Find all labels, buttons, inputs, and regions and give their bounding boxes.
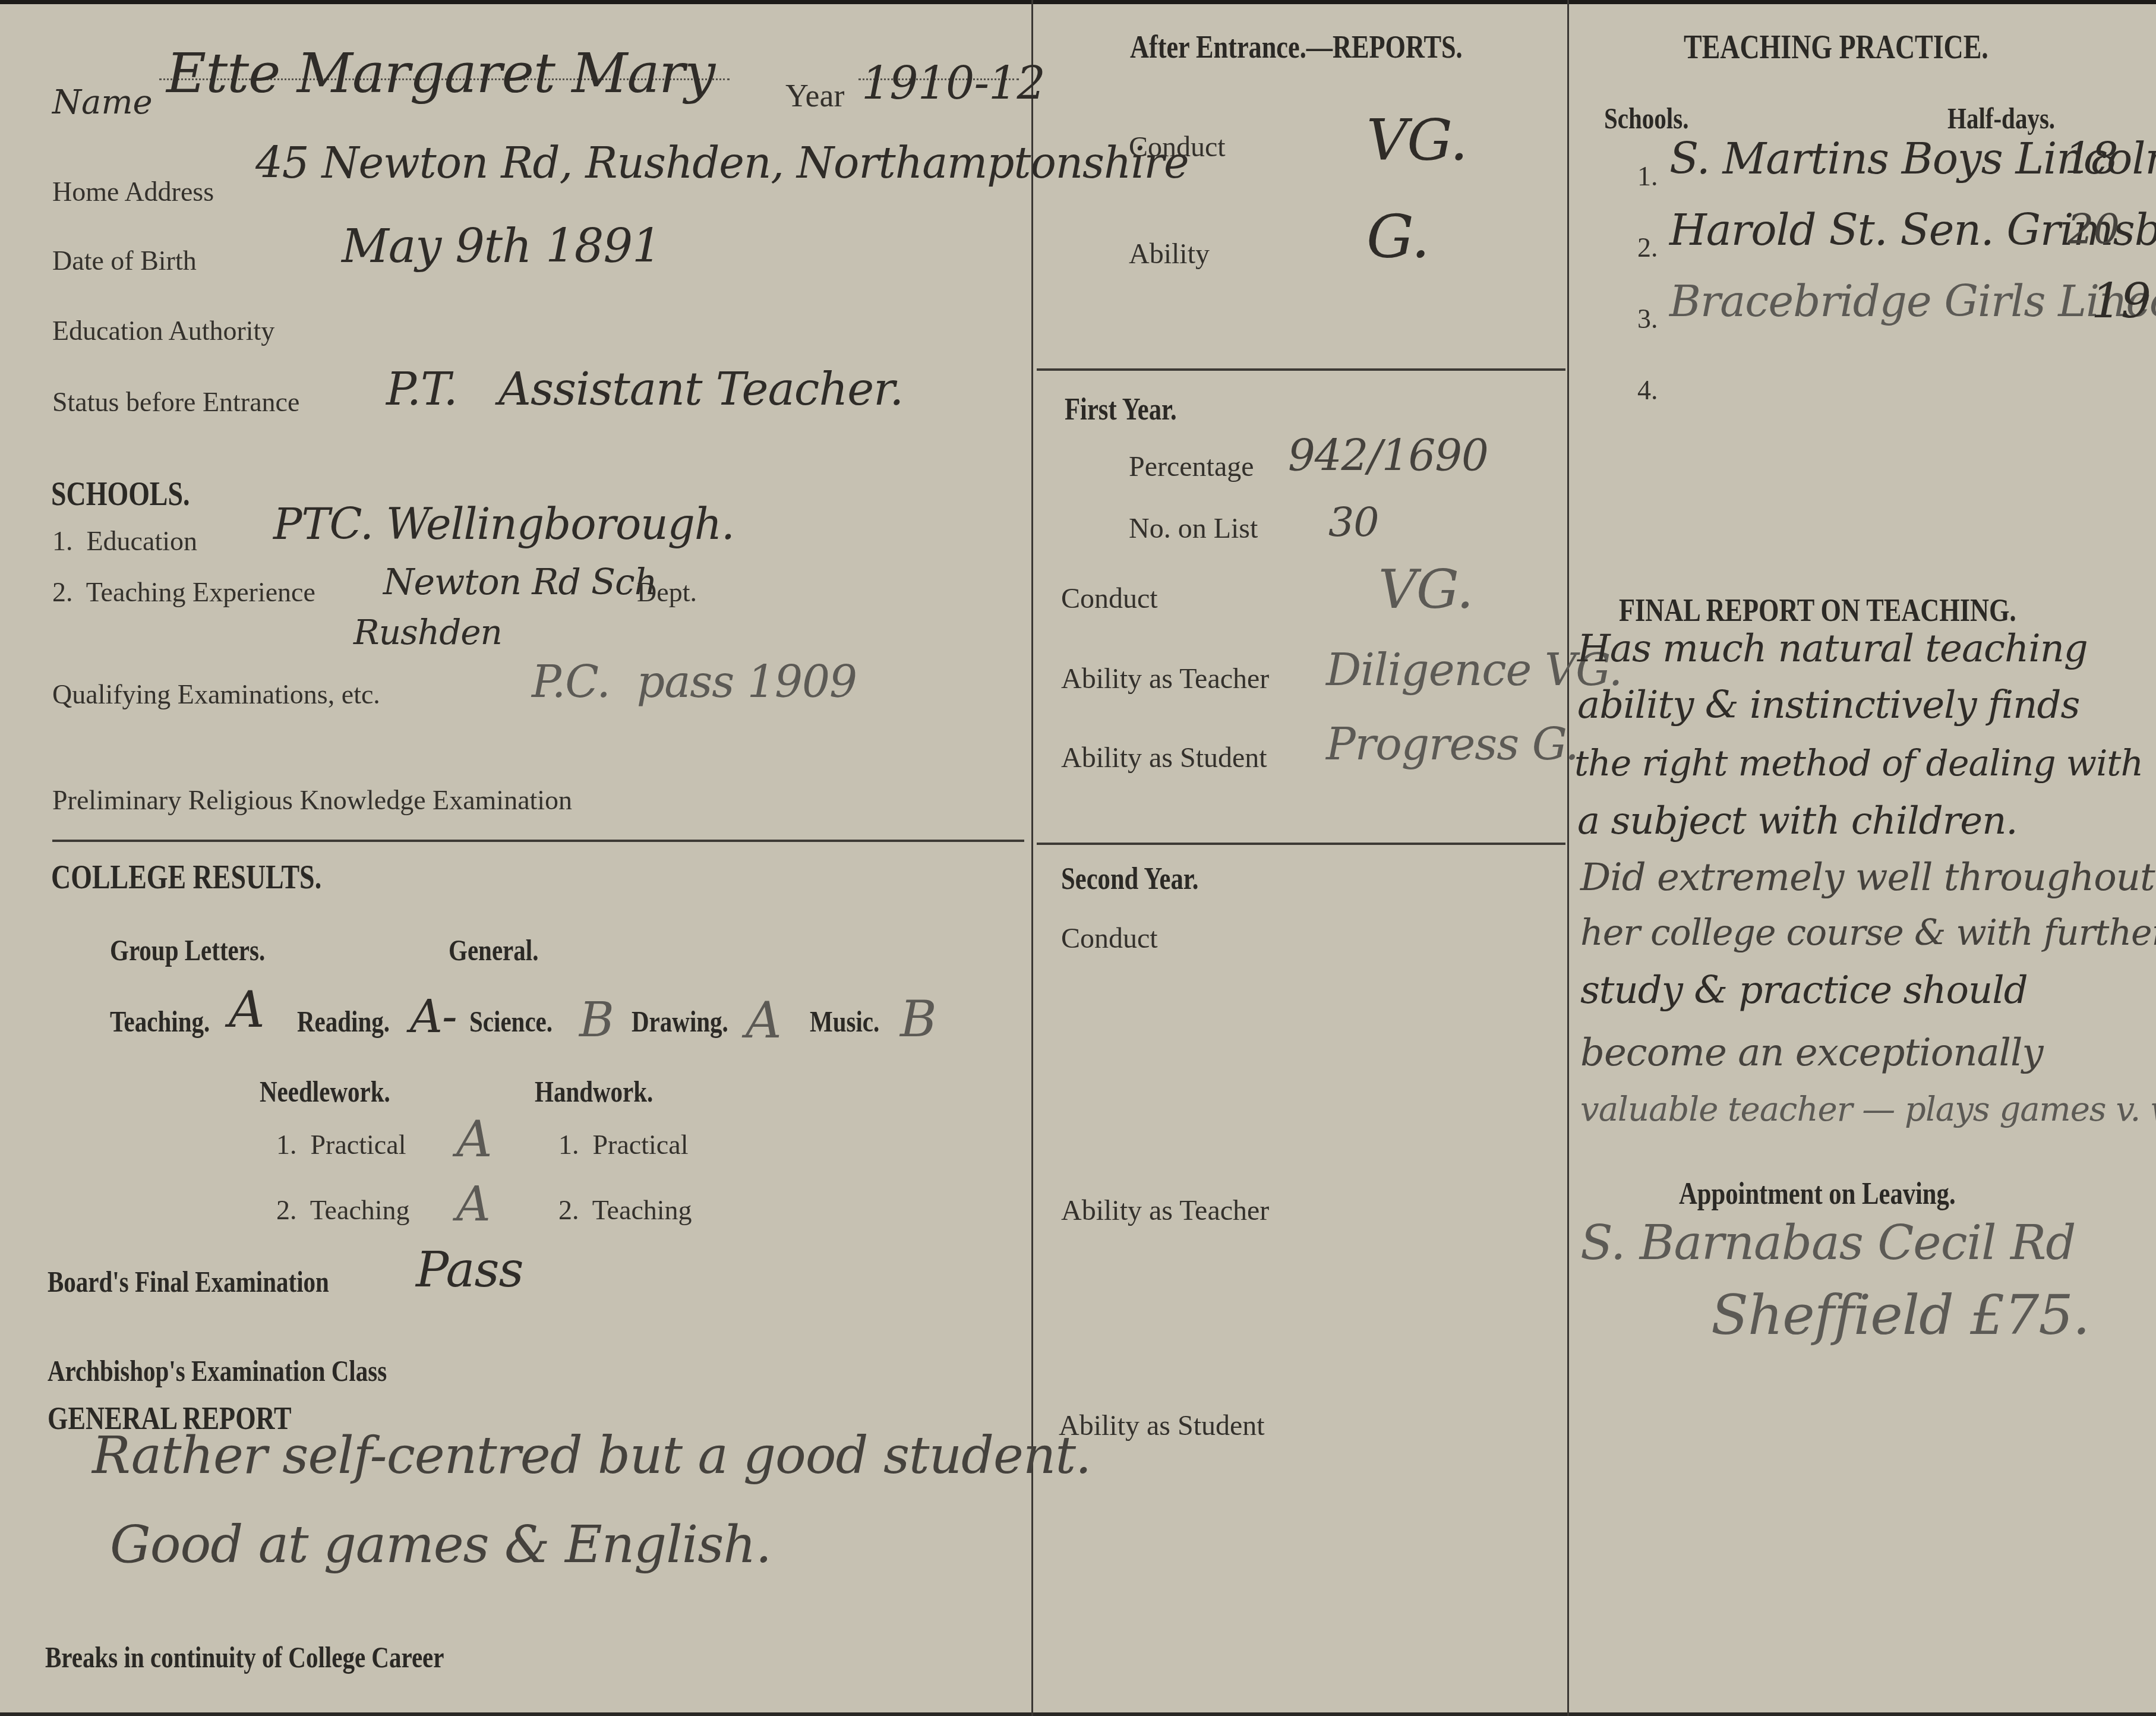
- grade-reading-label: Reading.: [297, 1004, 390, 1039]
- grade-science-value: B: [579, 992, 614, 1048]
- final-report-line-7: study & practice should: [1580, 969, 2028, 1012]
- second-year-heading: Second Year.: [1061, 862, 1198, 897]
- needlework-teaching-value: A: [456, 1176, 490, 1232]
- final-report-line-5: Did extremely well throughout: [1580, 856, 2155, 900]
- needlework-practical-num: 1.: [276, 1130, 297, 1160]
- first-year-student-value: Progress G.: [1326, 719, 1579, 770]
- college-results-heading: COLLEGE RESULTS.: [51, 859, 321, 897]
- practice-2-num: 2.: [1637, 232, 1658, 263]
- handwork-practical-num: 1.: [558, 1130, 579, 1160]
- final-report-line-9: valuable teacher — plays games v. well: [1580, 1090, 2156, 1129]
- after-entrance-divider: [1037, 368, 1565, 371]
- name-label: Name: [52, 83, 153, 122]
- school-1-label: Education: [87, 526, 198, 556]
- schools-heading: SCHOOLS.: [51, 475, 190, 513]
- archbishop-label: Archbishop's Examination Class: [48, 1354, 387, 1388]
- card-bottom-edge: [0, 1712, 2156, 1716]
- status-label: Status before Entrance: [52, 386, 299, 418]
- boards-final-value: Pass: [416, 1242, 523, 1298]
- first-year-conduct-label: Conduct: [1061, 582, 1158, 615]
- schools-column-label: Schools.: [1604, 101, 1688, 135]
- final-report-heading: FINAL REPORT ON TEACHING.: [1619, 592, 2016, 629]
- practice-2-halfdays: 20: [2067, 205, 2119, 254]
- handwork-label: Handwork.: [535, 1074, 653, 1109]
- needlework-practical-label: Practical: [311, 1130, 406, 1160]
- second-year-student-label: Ability as Student: [1059, 1409, 1265, 1442]
- grade-teaching-label: Teaching.: [110, 1004, 210, 1039]
- final-report-line-6: her college course & with further: [1580, 912, 2156, 954]
- grade-music-label: Music.: [810, 1004, 879, 1039]
- appointment-heading: Appointment on Leaving.: [1679, 1176, 1956, 1212]
- after-entrance-conduct-label: Conduct: [1129, 131, 1226, 163]
- percentage-label: Percentage: [1129, 450, 1254, 483]
- status-value: P.T. Assistant Teacher.: [386, 362, 903, 415]
- final-report-line-8: become an exceptionally: [1580, 1031, 2043, 1075]
- grade-teaching-value: A: [229, 980, 264, 1039]
- first-year-heading: First Year.: [1065, 392, 1177, 427]
- home-address-label: Home Address: [52, 176, 214, 207]
- needlework-practical-value: A: [456, 1110, 492, 1168]
- first-year-divider: [1037, 843, 1565, 845]
- home-address-value: 45 Newton Rd, Rushden, Northamptonshire: [255, 138, 1189, 188]
- column-divider-right: [1567, 0, 1569, 1716]
- second-year-conduct-label: Conduct: [1061, 922, 1158, 955]
- card-top-edge: [0, 0, 2156, 4]
- year-label: Year: [785, 77, 845, 114]
- qualifying-value: P.C. pass 1909: [532, 657, 857, 708]
- education-authority-label: Education Authority: [52, 315, 274, 346]
- practice-4-num: 4.: [1637, 374, 1658, 406]
- no-on-list-label: No. on List: [1129, 512, 1258, 545]
- appointment-line-1: S. Barnabas Cecil Rd: [1580, 1215, 2076, 1270]
- name-value: Ette Margaret Mary: [166, 42, 715, 105]
- grade-drawing-label: Drawing.: [632, 1004, 728, 1039]
- practice-3-halfdays: 19: [2091, 273, 2151, 329]
- first-year-student-label: Ability as Student: [1061, 742, 1267, 774]
- grade-reading-value: A-: [410, 990, 457, 1043]
- needlework-teaching-num: 2.: [276, 1195, 297, 1225]
- final-report-line-4: a subject with children.: [1577, 799, 2018, 843]
- grade-music-value: B: [900, 990, 936, 1048]
- school-2-value-line2: Rushden: [353, 612, 502, 652]
- handwork-practical-label: Practical: [593, 1130, 689, 1160]
- final-report-line-3: the right method of dealing with: [1574, 743, 2143, 784]
- school-2-num: 2.: [52, 577, 73, 607]
- first-year-teacher-label: Ability as Teacher: [1061, 663, 1269, 695]
- dob-label: Date of Birth: [52, 245, 197, 276]
- teaching-practice-heading: TEACHING PRACTICE.: [1684, 29, 1988, 67]
- second-year-teacher-label: Ability as Teacher: [1061, 1194, 1269, 1227]
- practice-1-halfdays: 18: [2065, 134, 2118, 184]
- final-report-line-1: Has much natural teaching: [1577, 627, 2088, 671]
- percentage-value: 942/1690: [1288, 431, 1488, 481]
- boards-final-label: Board's Final Examination: [48, 1264, 329, 1299]
- handwork-teaching-label: Teaching: [592, 1195, 692, 1225]
- general-label: General.: [449, 933, 538, 967]
- needlework-teaching-label: Teaching: [310, 1195, 410, 1225]
- prelim-religious-label: Preliminary Religious Knowledge Examinat…: [52, 784, 572, 816]
- qualifying-label: Qualifying Examinations, etc.: [52, 679, 380, 710]
- general-report-line-1: Rather self-centred but a good student.: [92, 1426, 1091, 1485]
- school-2-label: Teaching Experience: [86, 577, 315, 607]
- first-year-conduct-value: VG.: [1378, 559, 1473, 621]
- general-report-line-2: Good at games & English.: [110, 1515, 771, 1575]
- no-on-list-value: 30: [1328, 499, 1379, 546]
- dob-value: May 9th 1891: [342, 220, 661, 273]
- appointment-line-2: Sheffield £75.: [1711, 1283, 2089, 1347]
- after-entrance-ability-value: G.: [1366, 202, 1429, 272]
- halfdays-column-label: Half-days.: [1947, 101, 2055, 135]
- school-2-suffix: Dept.: [637, 576, 697, 608]
- after-entrance-conduct-value: VG.: [1366, 107, 1467, 174]
- practice-3-num: 3.: [1637, 303, 1658, 335]
- school-2-value: Newton Rd Sch: [383, 562, 656, 603]
- practice-3-school: Bracebridge Girls Lincoln: [1669, 276, 2156, 326]
- breaks-label: Breaks in continuity of College Career: [45, 1640, 444, 1674]
- needlework-label: Needlework.: [260, 1074, 390, 1109]
- group-letters-label: Group Letters.: [110, 933, 265, 967]
- practice-1-num: 1.: [1637, 160, 1658, 192]
- after-entrance-heading: After Entrance.—REPORTS.: [1130, 29, 1463, 65]
- school-1-value: PTC. Wellingborough.: [273, 499, 734, 549]
- year-value: 1910-12: [861, 56, 1045, 109]
- grade-science-label: Science.: [469, 1004, 553, 1039]
- handwork-teaching-num: 2.: [558, 1195, 579, 1225]
- grade-drawing-value: A: [746, 991, 781, 1049]
- school-1-num: 1.: [52, 526, 73, 556]
- left-section-divider: [52, 840, 1024, 842]
- final-report-line-2: ability & instinctively finds: [1577, 683, 2079, 727]
- after-entrance-ability-label: Ability: [1129, 238, 1210, 270]
